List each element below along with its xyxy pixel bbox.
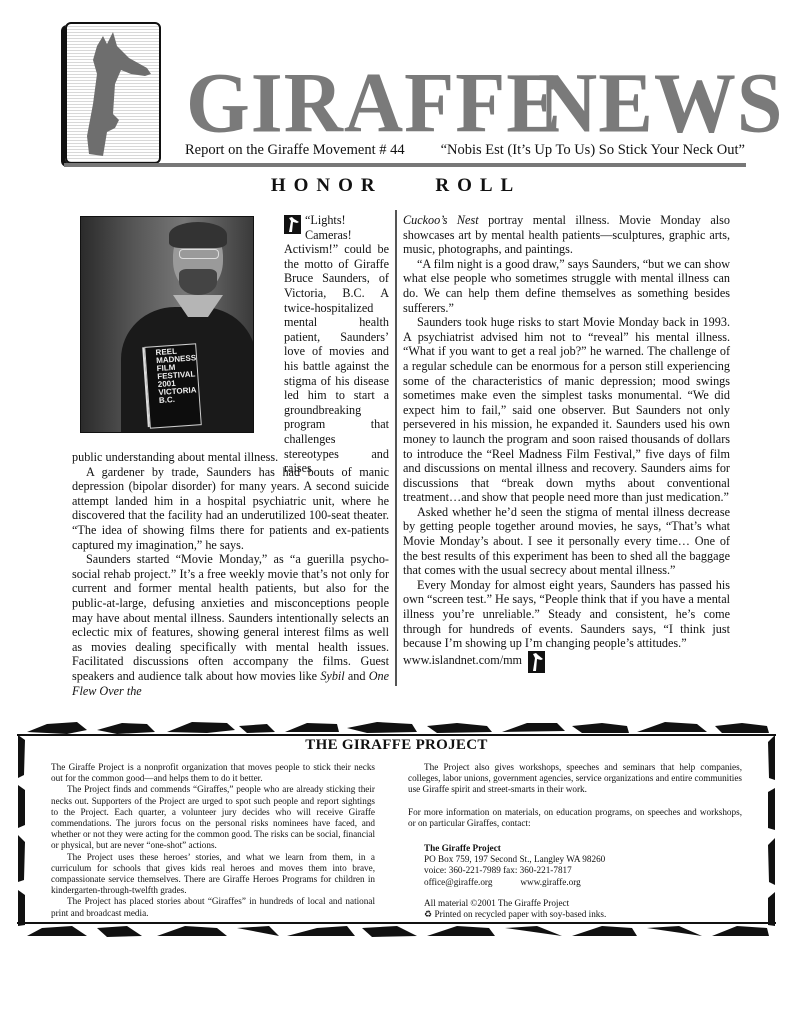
giraffe-project-column-left: The Giraffe Project is a nonprofit organ… [51, 762, 375, 919]
article-paragraph: Cuckoo’s Nest portray mental illness. Mo… [403, 213, 730, 257]
intro-text: “Lights! Cameras! Activism!” could be th… [284, 213, 389, 475]
contact-phones: voice: 360-221-7989 fax: 360-221-7817 [424, 865, 742, 876]
masthead-title-news: NEWS [538, 61, 784, 145]
legal-block: All material ©2001 The Giraffe Project ♻… [408, 898, 742, 920]
giraffe-spot-border-right [766, 730, 776, 928]
giraffe-spot-border-bottom [17, 920, 776, 940]
project-paragraph: The Project has placed stories about “Gi… [51, 896, 375, 918]
festival-poster: REELMADNESSFILM FESTIVAL2001VICTORIA B.C… [144, 343, 202, 428]
contact-online: office@giraffe.orgwww.giraffe.org [424, 877, 742, 888]
giraffe-project-box: THE GIRAFFE PROJECT The Giraffe Project … [17, 718, 776, 940]
article-headline: HONOR ROLL [0, 175, 792, 197]
issue-subtitle: Report on the Giraffe Movement # 44 [185, 142, 405, 159]
film-title-sybil: Sybil [320, 669, 344, 683]
giraffe-silhouette-icon [67, 24, 159, 162]
article-paragraph: public understanding about mental illnes… [72, 450, 389, 465]
article-url-link[interactable]: www.islandnet.com/mm [403, 653, 522, 667]
project-paragraph: The Project also gives workshops, speech… [408, 762, 742, 796]
recycle-icon: ♻ [424, 909, 432, 919]
giraffe-logo [65, 22, 161, 164]
giraffe-project-column-right: The Project also gives workshops, speech… [408, 762, 742, 920]
recycled-note: Printed on recycled paper with soy-based… [435, 909, 607, 919]
article-intro: “Lights! Cameras! Activism!” could be th… [284, 213, 389, 476]
contact-name: The Giraffe Project [424, 843, 742, 854]
article-paragraph: Asked whether he’d seen the stigma of me… [403, 505, 730, 578]
project-paragraph: The Project finds and commends “Giraffes… [51, 784, 375, 851]
article-column-right: Cuckoo’s Nest portray mental illness. Mo… [403, 213, 730, 673]
giraffe-project-title: THE GIRAFFE PROJECT [17, 737, 776, 754]
giraffe-spot-border-top [17, 718, 776, 738]
motto-subtitle: “Nobis Est (It’s Up To Us) So Stick Your… [441, 142, 745, 159]
contact-block: The Giraffe Project PO Box 759, 197 Seco… [408, 843, 742, 888]
masthead-rule [64, 163, 746, 167]
article-paragraph: Saunders started “Movie Monday,” as “a g… [72, 552, 389, 698]
article-url-line: www.islandnet.com/mm [403, 651, 730, 673]
article-paragraph: “A film night is a good draw,” says Saun… [403, 257, 730, 315]
giraffe-spot-border-left [17, 730, 27, 928]
masthead-title-giraffe: GIRAFFE [186, 61, 562, 145]
recycled-note-line: ♻ Printed on recycled paper with soy-bas… [424, 909, 742, 920]
giraffe-bullet-icon [284, 215, 301, 234]
project-paragraph: The Giraffe Project is a nonprofit organ… [51, 762, 375, 784]
bruce-saunders-photo: REELMADNESSFILM FESTIVAL2001VICTORIA B.C… [80, 216, 254, 433]
article-paragraph: A gardener by trade, Saunders has had bo… [72, 465, 389, 553]
article-paragraph: Every Monday for almost eight years, Sau… [403, 578, 730, 651]
article-paragraph: Saunders took huge risks to start Movie … [403, 315, 730, 505]
project-paragraph: For more information on materials, on ed… [408, 807, 742, 829]
project-paragraph: The Project uses these heroes’ stories, … [51, 852, 375, 897]
column-divider [395, 210, 397, 686]
article-column-left: public understanding about mental illnes… [72, 450, 389, 698]
contact-website-link[interactable]: www.giraffe.org [520, 877, 580, 887]
contact-address: PO Box 759, 197 Second St., Langley WA 9… [424, 854, 742, 865]
copyright-notice: All material ©2001 The Giraffe Project [424, 898, 742, 909]
contact-email-link[interactable]: office@giraffe.org [424, 877, 492, 887]
giraffe-end-mark-icon [528, 651, 545, 673]
